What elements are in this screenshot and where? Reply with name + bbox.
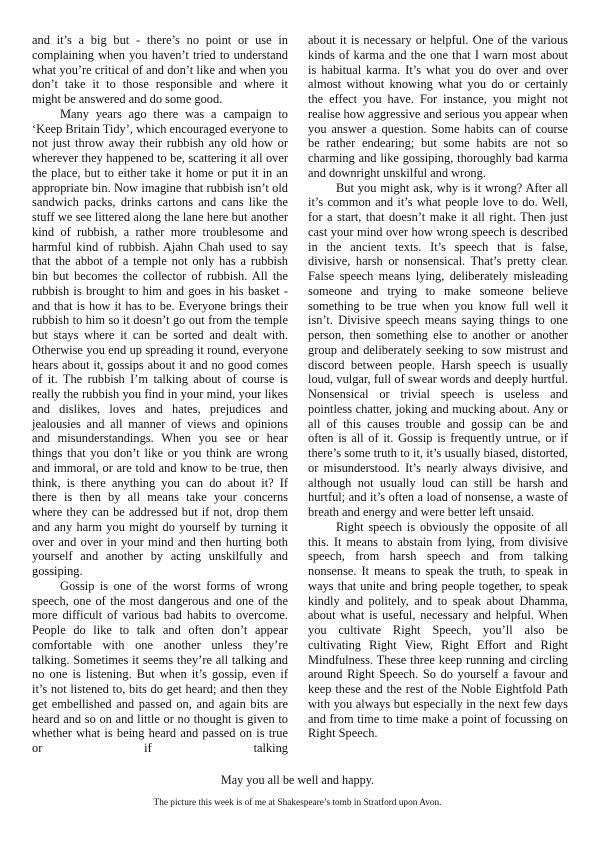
right-text-column: about it is necessary or helpful. One of… [308,33,568,741]
paragraph: and it’s a big but - there’s no point or… [32,33,288,107]
paragraph: Gossip is one of the worst forms of wron… [32,579,288,756]
paragraph: about it is necessary or helpful. One of… [308,33,568,181]
paragraph: Many years ago there was a campaign to ‘… [32,107,288,579]
left-text-column: and it’s a big but - there’s no point or… [32,33,288,756]
paragraph: But you might ask, why is it wrong? Afte… [308,181,568,520]
document-page: and it’s a big but - there’s no point or… [0,0,595,842]
closing-blessing: May you all be well and happy. [0,773,595,788]
picture-caption: The picture this week is of me at Shakes… [0,798,595,808]
paragraph: Right speech is obviously the opposite o… [308,520,568,741]
